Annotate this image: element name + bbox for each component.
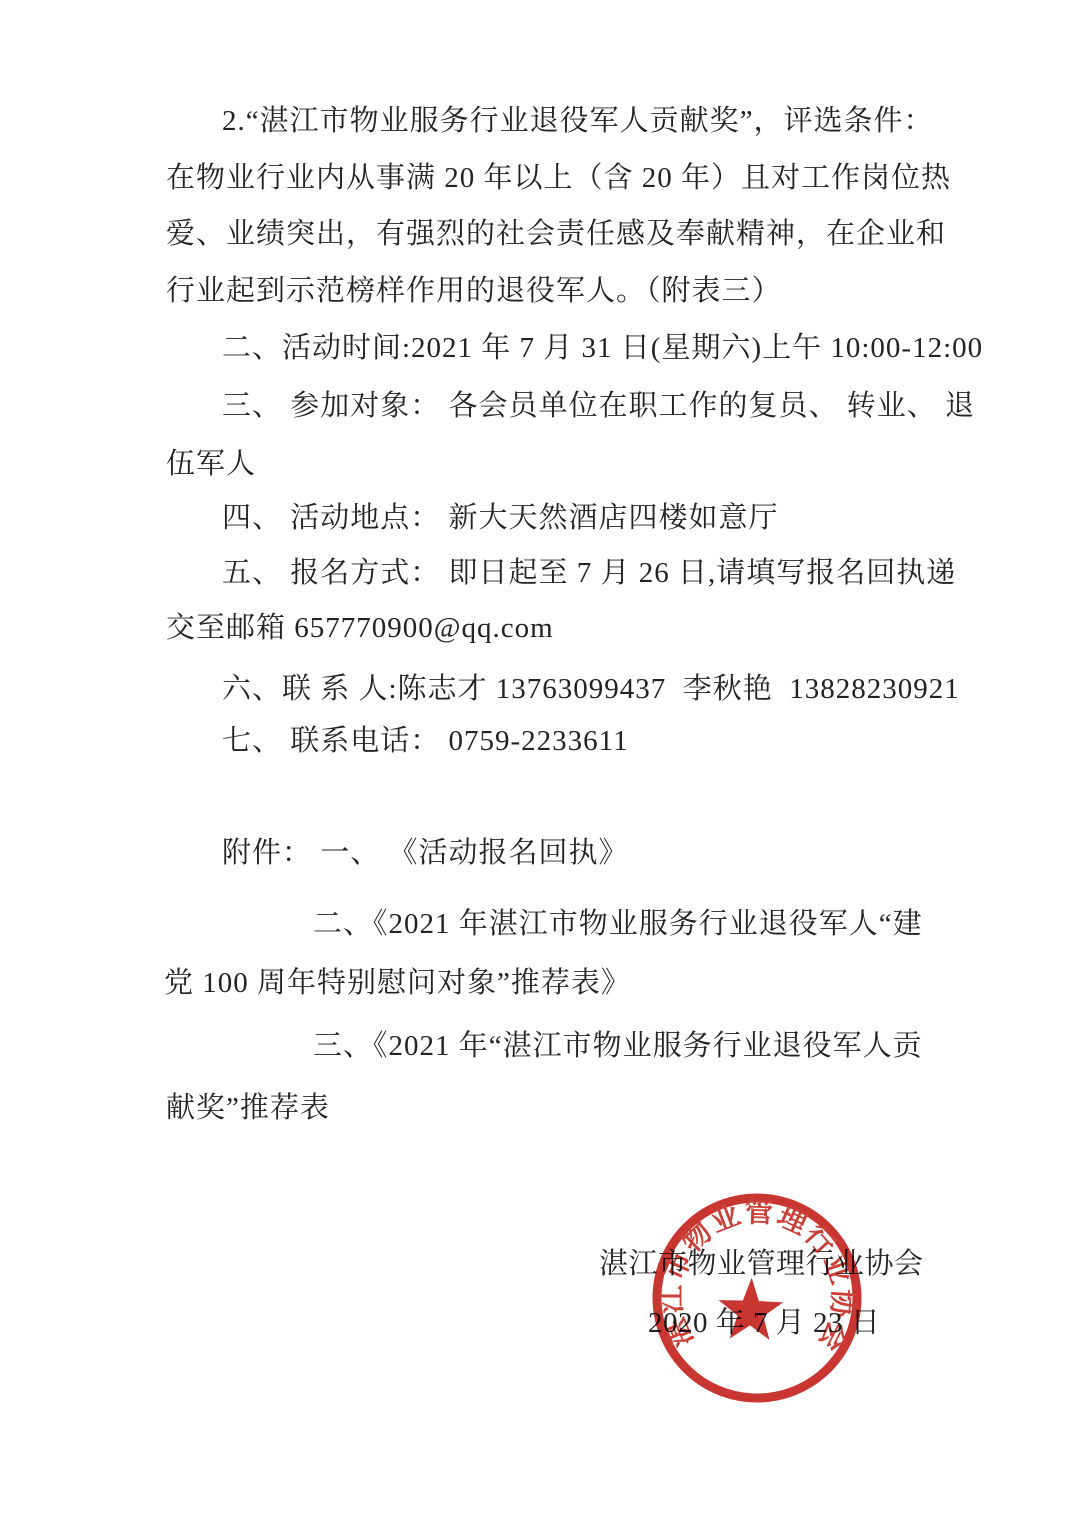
document-line-email: 交至邮箱 657770900@qq.com — [166, 613, 554, 644]
document-line-attachment-2: 二、《2021 年湛江市物业服务行业退役军人“建 — [313, 909, 923, 940]
document-line-attachment-1: 附件： 一、 《活动报名回执》 — [222, 838, 629, 869]
document-line: 党 100 周年特别慰问对象”推荐表》 — [164, 968, 631, 999]
document-line-attachment-3: 三、《2021 年“湛江市物业服务行业退役军人贡 — [313, 1031, 923, 1062]
document-line-activity-time: 二、活动时间:2021 年 7 月 31 日(星期六)上午 10:00-12:0… — [222, 333, 983, 364]
document-page: 2.“湛江市物业服务行业退役军人贡献奖”，评选条件： 在物业行业内从事满 20 … — [0, 0, 1080, 1527]
document-line: 献奖”推荐表 — [166, 1093, 330, 1124]
document-line-registration: 五、 报名方式： 即日起至 7 月 26 日,请填写报名回执递 — [222, 558, 956, 589]
document-line-phone: 七、 联系电话： 0759-2233611 — [222, 726, 629, 757]
document-line: 爱、业绩突出，有强烈的社会责任感及奉献精神，在企业和 — [166, 219, 946, 250]
seal-arc-text: 湛江市物业管理行业协会 — [654, 1192, 862, 1358]
document-line: 行业起到示范榜样作用的退役军人。（附表三） — [166, 276, 782, 307]
document-line-contacts: 六、联 系 人:陈志才 13763099437 李秋艳 13828230921 — [222, 674, 960, 705]
document-line: 伍军人 — [166, 449, 256, 480]
document-line-participants: 三、 参加对象： 各会员单位在职工作的复员、 转业、 退 — [222, 391, 975, 422]
document-line-award-criteria: 2.“湛江市物业服务行业退役军人贡献奖”，评选条件： — [222, 106, 934, 137]
document-line-location: 四、 活动地点： 新大天然酒店四楼如意厅 — [222, 503, 779, 534]
document-line: 在物业行业内从事满 20 年以上（含 20 年）且对工作岗位热 — [166, 163, 951, 194]
seal-star-icon — [717, 1277, 784, 1341]
official-seal-stamp: 湛江市物业管理行业协会 — [641, 1182, 873, 1414]
svg-text:湛江市物业管理行业协会: 湛江市物业管理行业协会 — [654, 1192, 862, 1358]
